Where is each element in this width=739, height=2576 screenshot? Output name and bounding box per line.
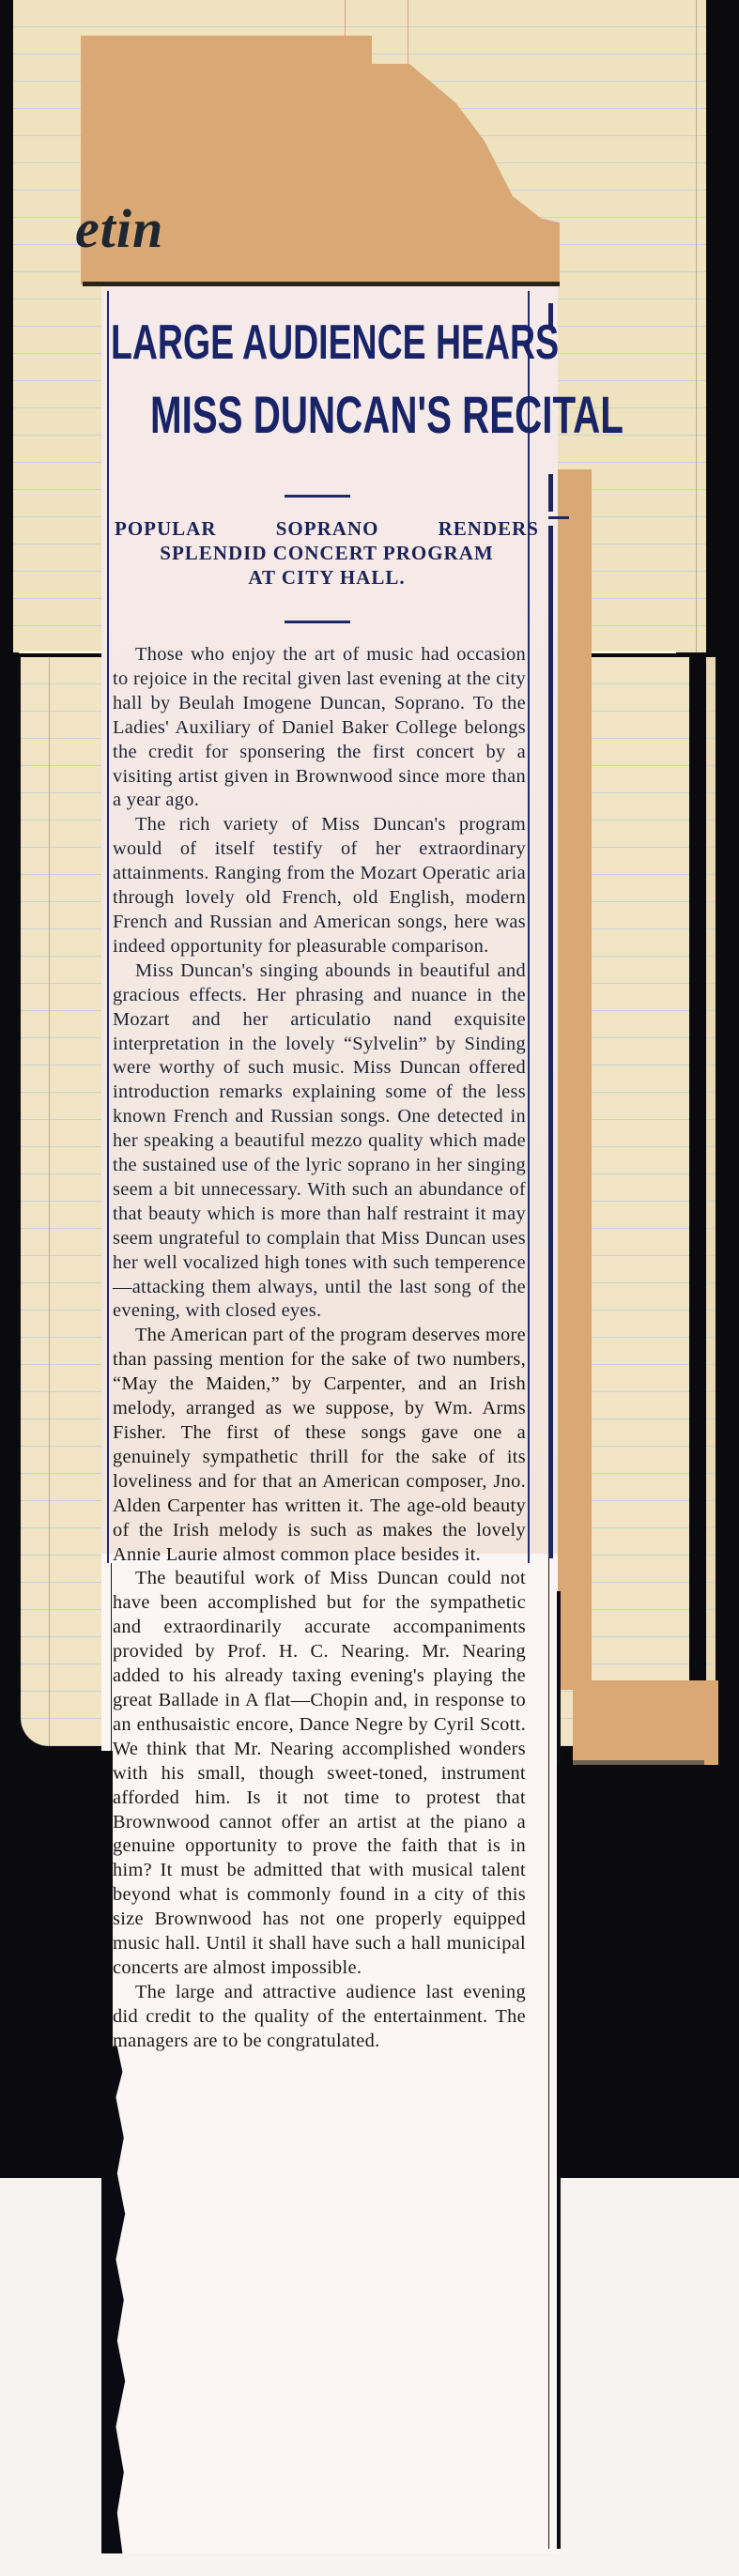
article-paragraph: Miss Duncan's singing abounds in beautif…	[113, 959, 526, 1325]
headline-line-2: MISS DUNCAN'S RECITAL	[150, 384, 443, 445]
subheadline: POPULAR SOPRANO RENDERS SPLENDID CONCERT…	[115, 516, 539, 590]
column-rule-right	[528, 291, 530, 1563]
column-rule-left	[107, 291, 109, 1563]
article-paragraph: The rich variety of Miss Duncan's progra…	[113, 813, 526, 958]
adjacent-column-rule-fragment	[548, 516, 569, 519]
column-rule-right-lower	[548, 1544, 549, 2549]
dark-backdrop-bottom-right	[558, 1765, 739, 2178]
subhead-line-1: POPULAR SOPRANO RENDERS	[115, 516, 539, 541]
article-paragraph: The American part of the program deserve…	[113, 1324, 526, 1567]
newspaper-clipping: LARGE AUDIENCE HEARS MISS DUNCAN'S RECIT…	[101, 286, 558, 2553]
article-paragraph: Those who enjoy the art of music had occ…	[113, 643, 526, 813]
ledger-edge-line	[696, 0, 697, 652]
adjacent-column-rule-fragment	[548, 474, 553, 512]
dark-backdrop-bottom-left	[0, 1751, 113, 2178]
kraft-strip-right	[558, 469, 592, 1690]
headline-divider	[285, 495, 350, 498]
kraft-scrap-bottom	[573, 1680, 718, 1765]
ledger-edge-line	[49, 657, 50, 1746]
newspaper-masthead-fragment: etin	[75, 197, 163, 260]
article-paragraph: The large and attractive audience last e…	[113, 1981, 526, 2054]
subhead-divider	[285, 621, 350, 623]
subhead-line-3: AT CITY HALL.	[115, 565, 539, 590]
headline-line-1: LARGE AUDIENCE HEARS	[111, 314, 433, 371]
article-body: Those who enjoy the art of music had occ…	[113, 643, 526, 2054]
subhead-line-2: SPLENDID CONCERT PROGRAM	[115, 541, 539, 565]
adjacent-column-rule-fragment	[548, 526, 553, 1558]
article-paragraph: The beautiful work of Miss Duncan could …	[113, 1567, 526, 1980]
ledger-page-side	[706, 657, 716, 1746]
